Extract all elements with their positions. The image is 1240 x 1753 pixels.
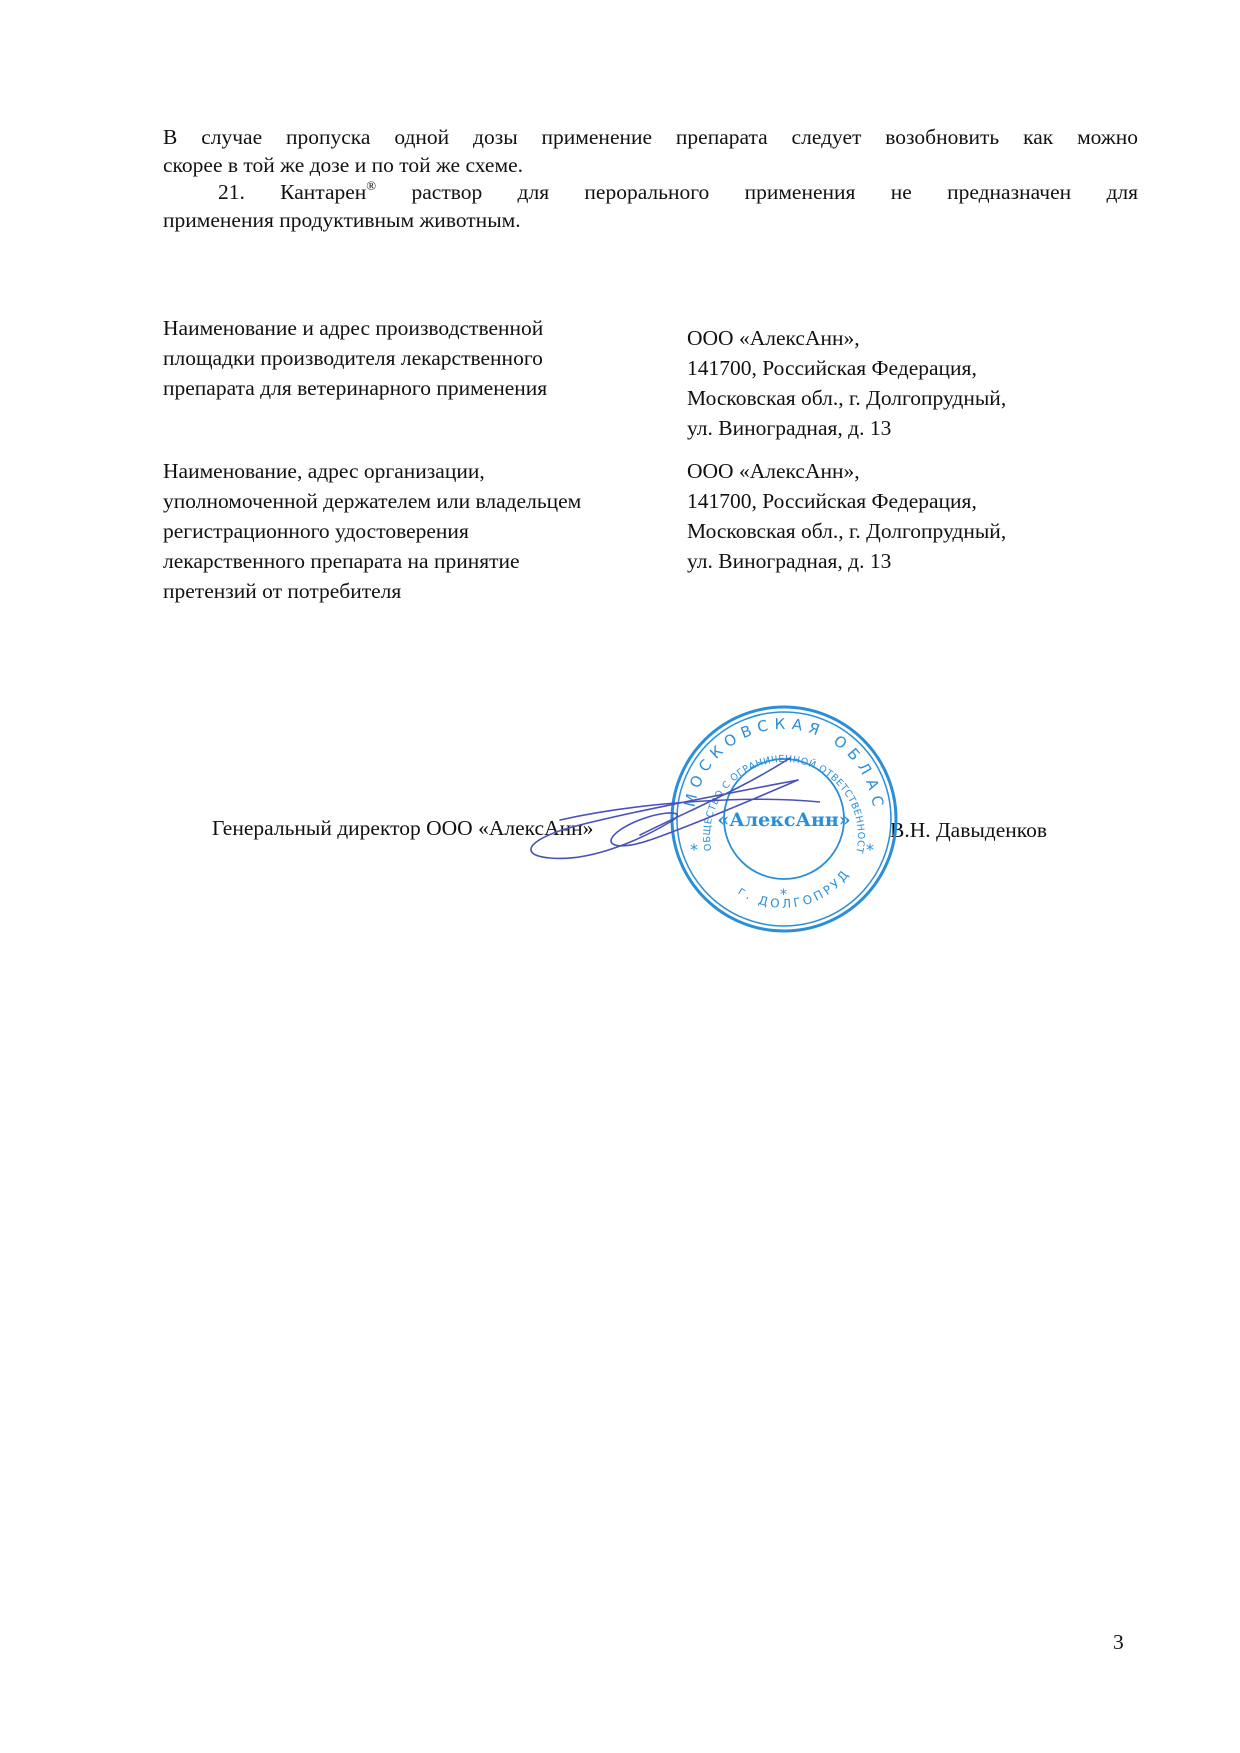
address-line: Московская обл., г. Долгопрудный, [687, 516, 1006, 546]
address-line: 141700, Российская Федерация, [687, 486, 1006, 516]
paragraph-line: В случае пропуска одной дозы применение … [163, 124, 1138, 152]
label-line: Наименование и адрес производственной [163, 313, 547, 343]
address-line: ООО «АлексАнн», [687, 323, 1006, 353]
svg-text:*: * [866, 840, 874, 859]
address-line: 141700, Российская Федерация, [687, 353, 1006, 383]
manufacturer-address: ООО «АлексАнн», 141700, Российская Федер… [687, 323, 1006, 443]
paragraph-text: раствор для перорального применения не п… [376, 180, 1138, 204]
claims-organization-address: ООО «АлексАнн», 141700, Российская Федер… [687, 456, 1006, 576]
label-line: Наименование, адрес организации, [163, 456, 581, 486]
paragraph-line: скорее в той же дозе и по той же схеме. [163, 153, 523, 177]
label-line: лекарственного препарата на принятие [163, 546, 581, 576]
page-number: 3 [1113, 1627, 1124, 1657]
signatory-name: В.Н. Давыденков [890, 815, 1047, 845]
manufacturer-label: Наименование и адрес производственной пл… [163, 313, 547, 403]
label-line: регистрационного удостоверения [163, 516, 581, 546]
label-line: препарата для ветеринарного применения [163, 373, 547, 403]
body-text: В случае пропуска одной дозы применение … [163, 124, 1138, 234]
label-line: претензий от потребителя [163, 576, 581, 606]
label-line: площадки производителя лекарственного [163, 343, 547, 373]
paragraph-item-21: 21. Кантарен® раствор для перорального п… [163, 179, 1138, 234]
address-line: ул. Виноградная, д. 13 [687, 546, 1006, 576]
paragraph-line: применения продуктивным животным. [163, 208, 521, 232]
handwritten-signature [520, 740, 820, 870]
svg-text:*: * [780, 887, 787, 903]
item-number-and-product: 21. Кантарен [218, 180, 366, 204]
address-line: Московская обл., г. Долгопрудный, [687, 383, 1006, 413]
paragraph-missed-dose: В случае пропуска одной дозы применение … [163, 124, 1138, 179]
paragraph-line: 21. Кантарен® раствор для перорального п… [163, 179, 1138, 207]
label-line: уполномоченной держателем или владельцем [163, 486, 581, 516]
address-line: ООО «АлексАнн», [687, 456, 1006, 486]
registered-mark: ® [366, 178, 376, 193]
address-line: ул. Виноградная, д. 13 [687, 413, 1006, 443]
claims-organization-label: Наименование, адрес организации, уполном… [163, 456, 581, 606]
